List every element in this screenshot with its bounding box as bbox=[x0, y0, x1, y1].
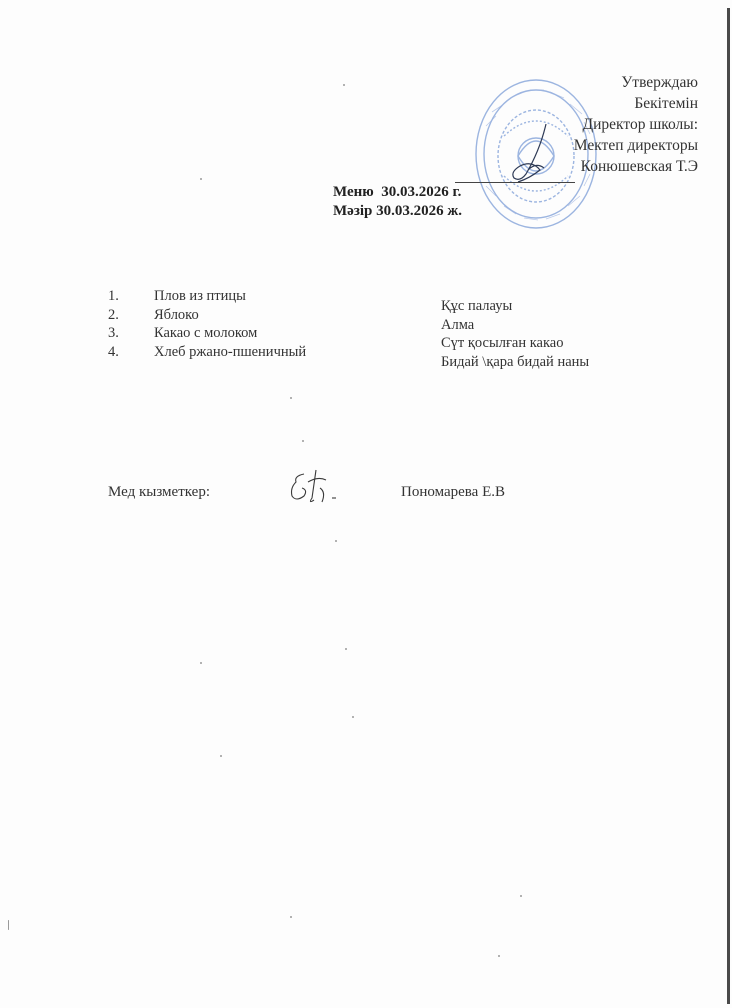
scan-speck bbox=[8, 920, 9, 930]
item-label: Хлеб ржано-пшеничный bbox=[154, 343, 306, 362]
list-item: Сүт қосылған какао bbox=[441, 334, 589, 353]
approval-line: Директор школы: bbox=[574, 114, 698, 135]
director-signature-icon bbox=[500, 120, 570, 190]
scan-speck bbox=[352, 716, 354, 718]
approval-line: Мектеп директоры bbox=[574, 135, 698, 156]
item-number: 3. bbox=[108, 324, 154, 343]
medic-signature-icon bbox=[286, 468, 342, 508]
medic-role-label: Мед кызметкер: bbox=[108, 484, 210, 501]
item-number: 2. bbox=[108, 306, 154, 325]
list-item: 1. Плов из птицы bbox=[108, 287, 306, 306]
approval-block: Утверждаю Бекітемін Директор школы: Мект… bbox=[574, 72, 698, 177]
document-title: Меню 30.03.2026 г. Мәзір 30.03.2026 ж. bbox=[333, 183, 462, 221]
title-ru: Меню 30.03.2026 г. bbox=[333, 183, 462, 202]
item-number: 1. bbox=[108, 287, 154, 306]
scanned-document-page: Утверждаю Бекітемін Директор школы: Мект… bbox=[0, 0, 732, 1008]
title-kz: Мәзір 30.03.2026 ж. bbox=[333, 202, 462, 221]
list-item: 4. Хлеб ржано-пшеничный bbox=[108, 343, 306, 362]
item-label: Какао с молоком bbox=[154, 324, 257, 343]
menu-list-kz: Құс палауы Алма Сүт қосылған какао Бидай… bbox=[441, 297, 589, 371]
scan-speck bbox=[335, 540, 337, 542]
list-item: 2. Яблоко bbox=[108, 306, 306, 325]
list-item: 3. Какао с молоком bbox=[108, 324, 306, 343]
approval-line: Бекітемін bbox=[574, 93, 698, 114]
scan-speck bbox=[200, 662, 202, 664]
scan-speck bbox=[343, 84, 345, 86]
director-name: Конюшевская Т.Э bbox=[574, 156, 698, 177]
scan-speck bbox=[200, 178, 202, 180]
scan-speck bbox=[302, 440, 304, 442]
item-label: Яблоко bbox=[154, 306, 199, 325]
list-item: Құс палауы bbox=[441, 297, 589, 316]
signature-line bbox=[455, 182, 575, 183]
item-number: 4. bbox=[108, 343, 154, 362]
medic-name: Пономарева Е.В bbox=[401, 484, 505, 501]
scan-speck bbox=[520, 895, 522, 897]
menu-list-ru: 1. Плов из птицы 2. Яблоко 3. Какао с мо… bbox=[108, 287, 306, 361]
scan-speck bbox=[290, 916, 292, 918]
scan-speck bbox=[498, 955, 500, 957]
approval-line: Утверждаю bbox=[574, 72, 698, 93]
scan-speck bbox=[345, 648, 347, 650]
item-label: Плов из птицы bbox=[154, 287, 246, 306]
scan-speck bbox=[220, 755, 222, 757]
list-item: Алма bbox=[441, 316, 589, 335]
scan-speck bbox=[290, 397, 292, 399]
scan-edge-line bbox=[727, 8, 730, 1004]
list-item: Бидай \қара бидай наны bbox=[441, 353, 589, 372]
